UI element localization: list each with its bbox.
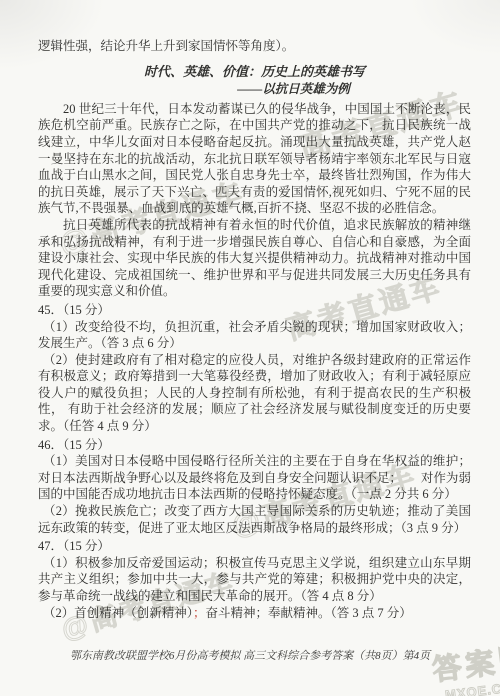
question-47-heading: 47．（15 分） [38, 538, 471, 555]
answer-45-2: （2）使封建政府有了相对稳定的应役人员，对维护各级封建政府的正常运作有积极意义；… [38, 352, 471, 435]
answer-47-2-text: （2）首创精神（创新精神） [43, 606, 193, 620]
question-47: 47．（15 分） （1）积极参加反帝爱国运动；积极宣传马克思主义学说，组织建立… [38, 538, 471, 621]
question-46: 46．（15 分） （1）美国对日本侵略中国侵略行径所关注的主要在于自身在华权益… [38, 437, 471, 537]
answer-46-1: （1）美国对日本侵略中国侵略行径所关注的主要在于自身在华权益的维护；对日本法西斯… [38, 453, 471, 503]
answer-46-2: （2）挽救民族危亡；改变了西方大国主导国际关系的历史轨迹；推动了美国远东政策的转… [38, 503, 471, 536]
question-46-heading: 46．（15 分） [38, 437, 471, 454]
answer-47-2: （2）首创精神（创新精神）；奋斗精神；奉献精神。（答 3 点 7 分） [38, 605, 471, 622]
essay-paragraph-1: 20 世纪三十年代，日本发动蓄谋已久的侵华战争，中国国土不断沦丧，民族危机空前严… [38, 101, 471, 217]
intro-line: 逻辑性强，结论升华上升到家国情怀等角度）。 [38, 38, 471, 55]
red-semicolon: ； [193, 606, 206, 620]
answer-47-1: （1）积极参加反帝爱国运动；积极宣传马克思主义学说，组织建立山东早期共产主义组织… [38, 555, 471, 605]
essay-subtitle: ——以抗日英雄为例 [38, 81, 471, 98]
page-footer: 鄂东南教改联盟学校6月份高考模拟 高三文科综合参考答案（共8页）第4页 [0, 647, 500, 663]
scanned-answer-page: 高考直通车 @高考直通车 高考直通车 @高考直通车 @高考直通车 逻辑性强，结论… [0, 0, 500, 696]
answer-circle-logo-text: 答案圈 [430, 636, 500, 689]
answer-circle-logo: 答案圈 MXQE.COM [430, 636, 500, 696]
answer-content: 逻辑性强，结论升华上升到家国情怀等角度）。 时代、英雄、价值：历史上的英雄书写 … [38, 38, 471, 621]
essay-paragraph-2: 抗日英雄所代表的抗战精神有着永恒的时代价值，追求民族解放的精神继承和弘扬抗战精神… [38, 217, 471, 300]
essay-title: 时代、英雄、价值：历史上的英雄书写 [38, 64, 471, 81]
answer-47-2-text: 奋斗精神；奉献精神。（答 3 点 7 分） [206, 606, 412, 620]
question-45-heading: 45．（15 分） [38, 302, 471, 319]
question-45: 45．（15 分） （1）改变给役不均，负担沉重，社会矛盾尖锐的现状；增加国家财… [38, 302, 471, 435]
answer-45-1: （1）改变给役不均，负担沉重，社会矛盾尖锐的现状；增加国家财政收入；发展生产。（… [38, 319, 471, 352]
